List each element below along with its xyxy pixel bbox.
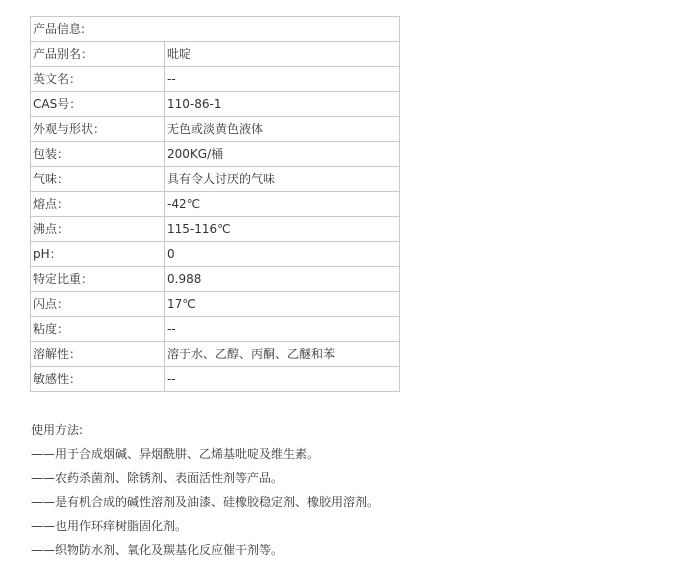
row-value: 溶于水、乙醇、丙酮、乙醚和苯 [165, 342, 400, 367]
row-value: 吡啶 [165, 42, 400, 67]
product-info-table: 产品信息: 产品别名： 吡啶 英文名： -- CAS号： 110-86-1 外观… [30, 16, 400, 392]
usage-item: ——农药杀菌剂、除锈剂、表面活性剂等产品。 [31, 466, 651, 490]
row-label: 包装： [31, 142, 165, 167]
usage-section: 使用方法: ——用于合成烟碱、异烟酰肼、乙烯基吡啶及维生素。 ——农药杀菌剂、除… [31, 418, 651, 562]
usage-item: ——用于合成烟碱、异烟酰肼、乙烯基吡啶及维生素。 [31, 442, 651, 466]
row-label: 溶解性： [31, 342, 165, 367]
row-label: 英文名： [31, 67, 165, 92]
table-row: 溶解性： 溶于水、乙醇、丙酮、乙醚和苯 [31, 342, 400, 367]
row-label: pH： [31, 242, 165, 267]
row-value: 115-116℃ [165, 217, 400, 242]
row-label: 产品别名： [31, 42, 165, 67]
table-row: 包装： 200KG/桶 [31, 142, 400, 167]
table-row: 气味： 具有令人讨厌的气味 [31, 167, 400, 192]
row-value: -- [165, 67, 400, 92]
row-value: 200KG/桶 [165, 142, 400, 167]
row-label: 气味： [31, 167, 165, 192]
table-row: 特定比重： 0.988 [31, 267, 400, 292]
table-row: 沸点： 115-116℃ [31, 217, 400, 242]
row-value: 无色或淡黄色液体 [165, 117, 400, 142]
table-header-row: 产品信息: [31, 17, 400, 42]
row-value: -- [165, 367, 400, 392]
row-value: 具有令人讨厌的气味 [165, 167, 400, 192]
table-row: pH： 0 [31, 242, 400, 267]
row-value: 110-86-1 [165, 92, 400, 117]
row-value: 17℃ [165, 292, 400, 317]
row-value: 0 [165, 242, 400, 267]
row-label: 闪点： [31, 292, 165, 317]
row-label: 外观与形状： [31, 117, 165, 142]
table-header: 产品信息: [31, 17, 400, 42]
row-label: 敏感性： [31, 367, 165, 392]
table-row: 熔点： -42℃ [31, 192, 400, 217]
table-row: 敏感性： -- [31, 367, 400, 392]
row-value: -- [165, 317, 400, 342]
table-row: CAS号： 110-86-1 [31, 92, 400, 117]
row-label: 粘度： [31, 317, 165, 342]
usage-item: ——也用作环痒树脂固化剂。 [31, 514, 651, 538]
row-value: 0.988 [165, 267, 400, 292]
usage-item: ——是有机合成的碱性溶剂及油漆、硅橡胶稳定剂、橡胶用溶剂。 [31, 490, 651, 514]
row-label: 沸点： [31, 217, 165, 242]
table-row: 英文名： -- [31, 67, 400, 92]
usage-item: ——织物防水剂、氧化及羰基化反应催干剂等。 [31, 538, 651, 562]
table-row: 外观与形状： 无色或淡黄色液体 [31, 117, 400, 142]
row-label: 特定比重： [31, 267, 165, 292]
row-value: -42℃ [165, 192, 400, 217]
row-label: 熔点： [31, 192, 165, 217]
table-row: 闪点： 17℃ [31, 292, 400, 317]
usage-title: 使用方法: [31, 418, 651, 442]
table-row: 产品别名： 吡啶 [31, 42, 400, 67]
row-label: CAS号： [31, 92, 165, 117]
table-row: 粘度： -- [31, 317, 400, 342]
